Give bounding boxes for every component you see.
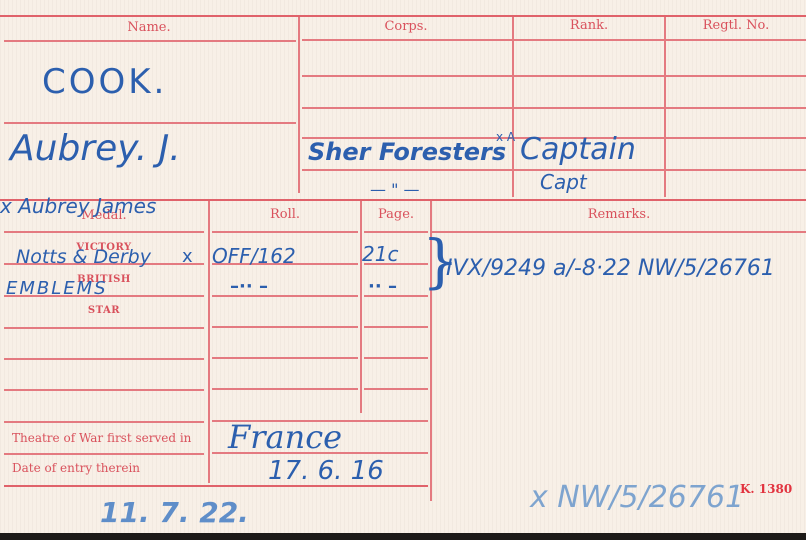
rule xyxy=(4,453,204,455)
rule-top xyxy=(0,15,806,17)
rule xyxy=(302,75,806,77)
label-date-entry: Date of entry therein xyxy=(12,461,140,475)
rule xyxy=(364,326,428,328)
medal-mark: x xyxy=(182,246,193,267)
header-rank: Rank. xyxy=(514,18,664,33)
column-divider xyxy=(664,17,666,197)
column-divider xyxy=(208,201,210,483)
forename: Aubrey. J. xyxy=(10,128,181,169)
header-corps: Corps. xyxy=(300,19,512,34)
header-page: Page. xyxy=(362,207,430,222)
rule xyxy=(302,39,806,41)
medal-index-card: Name. Corps. Rank. Regtl. No. Medal. Rol… xyxy=(0,0,806,540)
corps: Sher Foresters xyxy=(308,138,506,166)
medal-star: Star xyxy=(0,305,208,316)
rule xyxy=(4,231,204,233)
rule xyxy=(4,389,204,391)
column-divider xyxy=(360,201,362,413)
roll-victory: OFF/162 xyxy=(212,244,296,268)
rank: Captain xyxy=(520,132,636,167)
rule xyxy=(212,388,358,390)
rule xyxy=(432,231,806,233)
corps-ditto: — " — xyxy=(370,180,420,199)
label-theatre: Theatre of War first served in xyxy=(12,431,191,445)
corps-annotation: x A xyxy=(496,130,515,144)
column-divider xyxy=(512,17,514,197)
rule xyxy=(4,421,204,423)
column-divider xyxy=(298,17,300,193)
date-entry-value: 17. 6. 16 xyxy=(268,456,384,486)
rule xyxy=(364,388,428,390)
roll-british: –·· – xyxy=(230,276,268,297)
rule xyxy=(212,231,358,233)
scan-edge xyxy=(0,533,806,540)
header-roll: Roll. xyxy=(210,207,360,222)
rule xyxy=(4,327,204,329)
header-regtl-no: Regtl. No. xyxy=(666,18,806,33)
forename-addition: x Aubrey James xyxy=(0,194,156,218)
bottom-date: 11. 7. 22. xyxy=(100,496,249,529)
rule xyxy=(4,40,296,42)
rule xyxy=(302,107,806,109)
emblems: EMBLEMS xyxy=(6,278,108,299)
rule xyxy=(212,357,358,359)
page-british: ·· – xyxy=(368,276,397,297)
medal-unit: Notts & Derby xyxy=(16,246,151,268)
rule xyxy=(4,122,296,124)
bottom-reference: x NW/5/26761 xyxy=(530,480,744,515)
remarks: IVX/9249 a/-8·22 NW/5/26761 xyxy=(446,256,775,281)
page-victory: 21c xyxy=(362,242,398,266)
rule xyxy=(364,231,428,233)
theatre-value: France xyxy=(228,418,342,456)
rule xyxy=(212,326,358,328)
surname: COOK. xyxy=(42,62,167,102)
form-number: K. 1380 xyxy=(740,482,792,496)
header-name: Name. xyxy=(0,20,298,35)
rank-abbrev: Capt xyxy=(540,170,587,194)
rule xyxy=(364,357,428,359)
rule xyxy=(4,358,204,360)
header-remarks: Remarks. xyxy=(432,207,806,222)
